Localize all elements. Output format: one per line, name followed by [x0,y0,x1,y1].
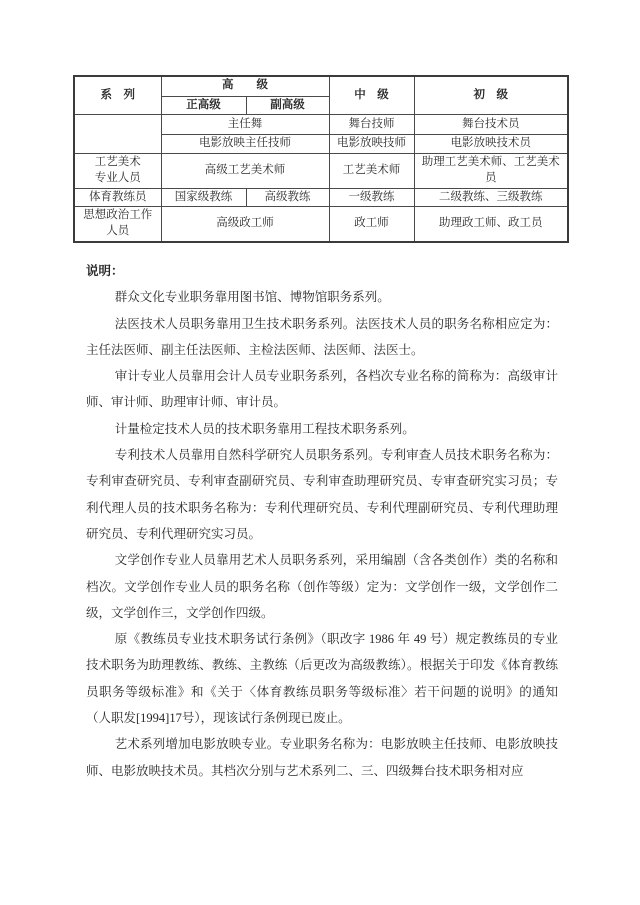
cell-intermediate: 舞台技师 [329,115,414,135]
cell-intermediate: 工艺美术师 [329,153,414,188]
table-row: 主任舞 舞台技师 舞台技术员 [74,115,568,135]
cell-intermediate: 政工师 [329,207,414,242]
cell-senior-deputy: 高级教练 [246,188,329,207]
cell-senior: 高级政工师 [161,207,329,242]
cell-intermediate: 电影放映技师 [329,135,414,154]
col-header-senior: 高 级 [161,76,329,96]
col-header-senior-deputy: 副高级 [246,96,329,115]
cell-junior: 二级教练、三级教练 [414,188,568,207]
cell-series-blank [74,115,161,154]
cell-series: 体育教练员 [74,188,161,207]
note-paragraph: 艺术系列增加电影放映专业。专业职务名称为：电影放映主任技师、电影放映技师、电影放… [86,731,558,784]
table-row: 体育教练员 国家级教练 高级教练 一级教练 二级教练、三级教练 [74,188,568,207]
note-paragraph: 计量检定技术人员的技术职务靠用工程技术职务系列。 [86,416,558,442]
col-header-junior: 初 级 [414,76,568,115]
notes-section: 说明： 群众文化专业职务靠用图书馆、博物馆职务系列。 法医技术人员职务靠用卫生技… [86,258,558,784]
note-paragraph: 审计专业人员靠用会计人员专业职务系列，各档次专业名称的简称为：高级审计师、审计师… [86,363,558,416]
note-paragraph: 文学创作专业人员靠用艺术人员职务系列，采用编剧（含各类创作）类的名称和档次。文学… [86,547,558,626]
cell-senior-full: 国家级教练 [161,188,246,207]
cell-junior: 电影放映技术员 [414,135,568,154]
col-header-intermediate: 中 级 [329,76,414,115]
cell-series: 工艺美术 专业人员 [74,153,161,188]
cell-senior: 主任舞 [161,115,329,135]
cell-senior: 电影放映主任技师 [161,135,329,154]
job-title-series-table: 系 列 高 级 中 级 初 级 正高级 副高级 主任舞 舞台技师 舞台技术员 电… [73,75,569,243]
note-paragraph: 群众文化专业职务靠用图书馆、博物馆职务系列。 [86,284,558,310]
document-page: 系 列 高 级 中 级 初 级 正高级 副高级 主任舞 舞台技师 舞台技术员 电… [0,0,640,905]
cell-junior: 助理政工师、政工员 [414,207,568,242]
col-header-senior-full: 正高级 [161,96,246,115]
cell-junior: 舞台技术员 [414,115,568,135]
note-paragraph: 专利技术人员靠用自然科学研究人员职务系列。专利审查人员技术职务名称为：专利审查研… [86,442,558,547]
col-header-series: 系 列 [74,76,161,115]
cell-junior: 助理工艺美术师、工艺美术员 [414,153,568,188]
notes-heading: 说明： [86,258,558,284]
table-row: 工艺美术 专业人员 高级工艺美术师 工艺美术师 助理工艺美术师、工艺美术员 [74,153,568,188]
cell-senior: 高级工艺美术师 [161,153,329,188]
note-paragraph: 法医技术人员职务靠用卫生技术职务系列。法医技术人员的职务名称相应定为：主任法医师… [86,311,558,364]
cell-intermediate: 一级教练 [329,188,414,207]
table-row: 思想政治工作 人员 高级政工师 政工师 助理政工师、政工员 [74,207,568,242]
cell-series: 思想政治工作 人员 [74,207,161,242]
note-paragraph: 原《教练员专业技术职务试行条例》（职改字 1986 年 49 号）规定教练员的专… [86,626,558,731]
